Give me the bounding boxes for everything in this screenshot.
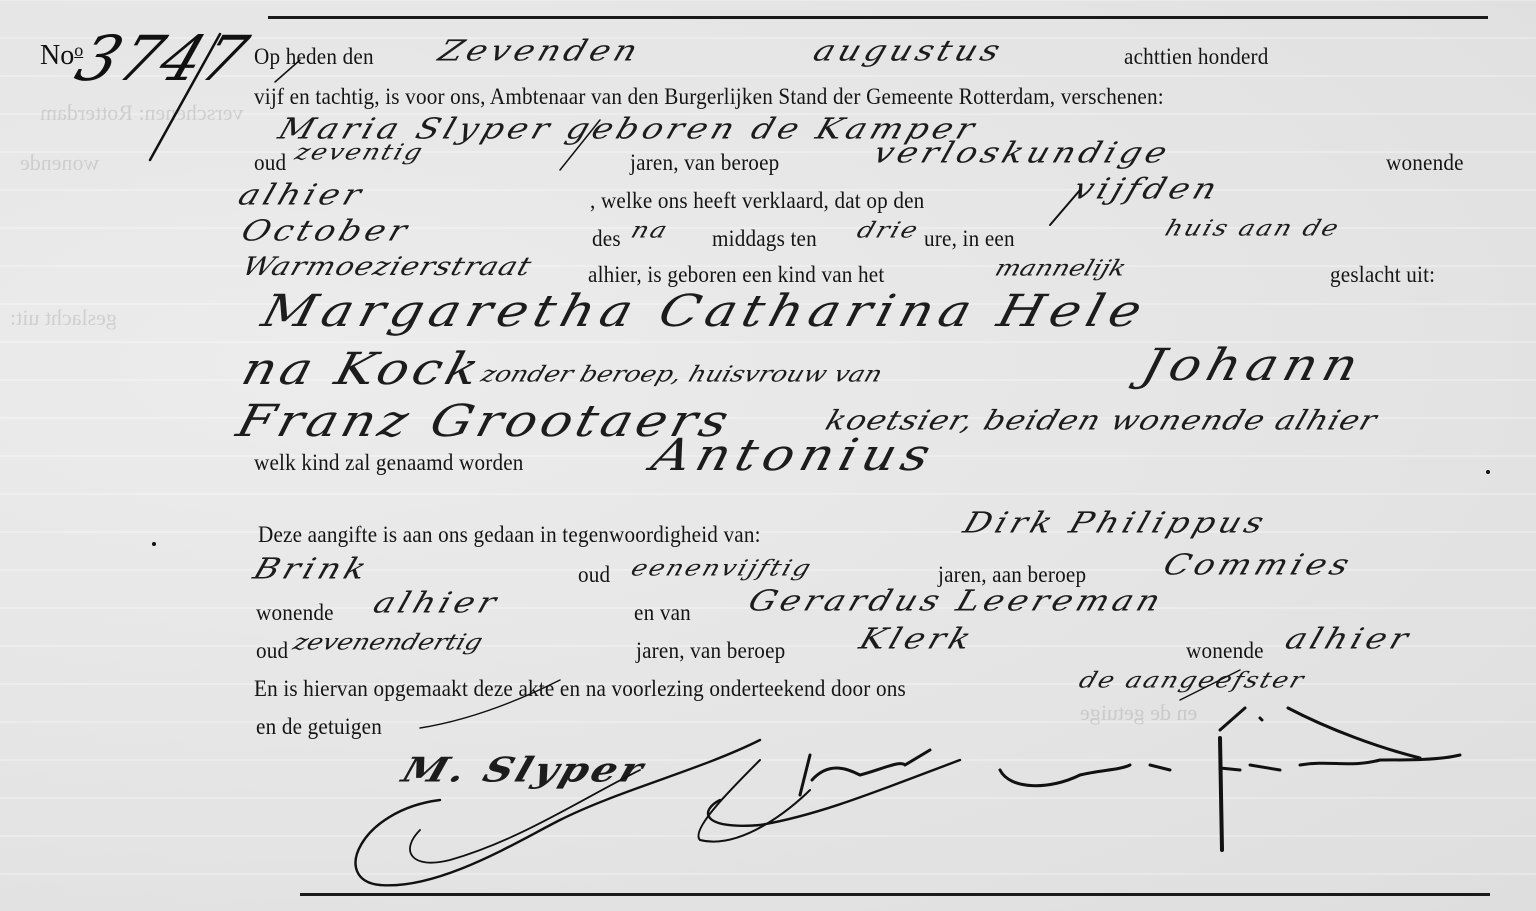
- signature-flourishes: [0, 0, 1536, 911]
- margin-dot: [152, 542, 156, 546]
- margin-dot: [1486, 470, 1490, 474]
- scanned-page: verschenen: Rotterdam wonende geslacht u…: [0, 0, 1536, 911]
